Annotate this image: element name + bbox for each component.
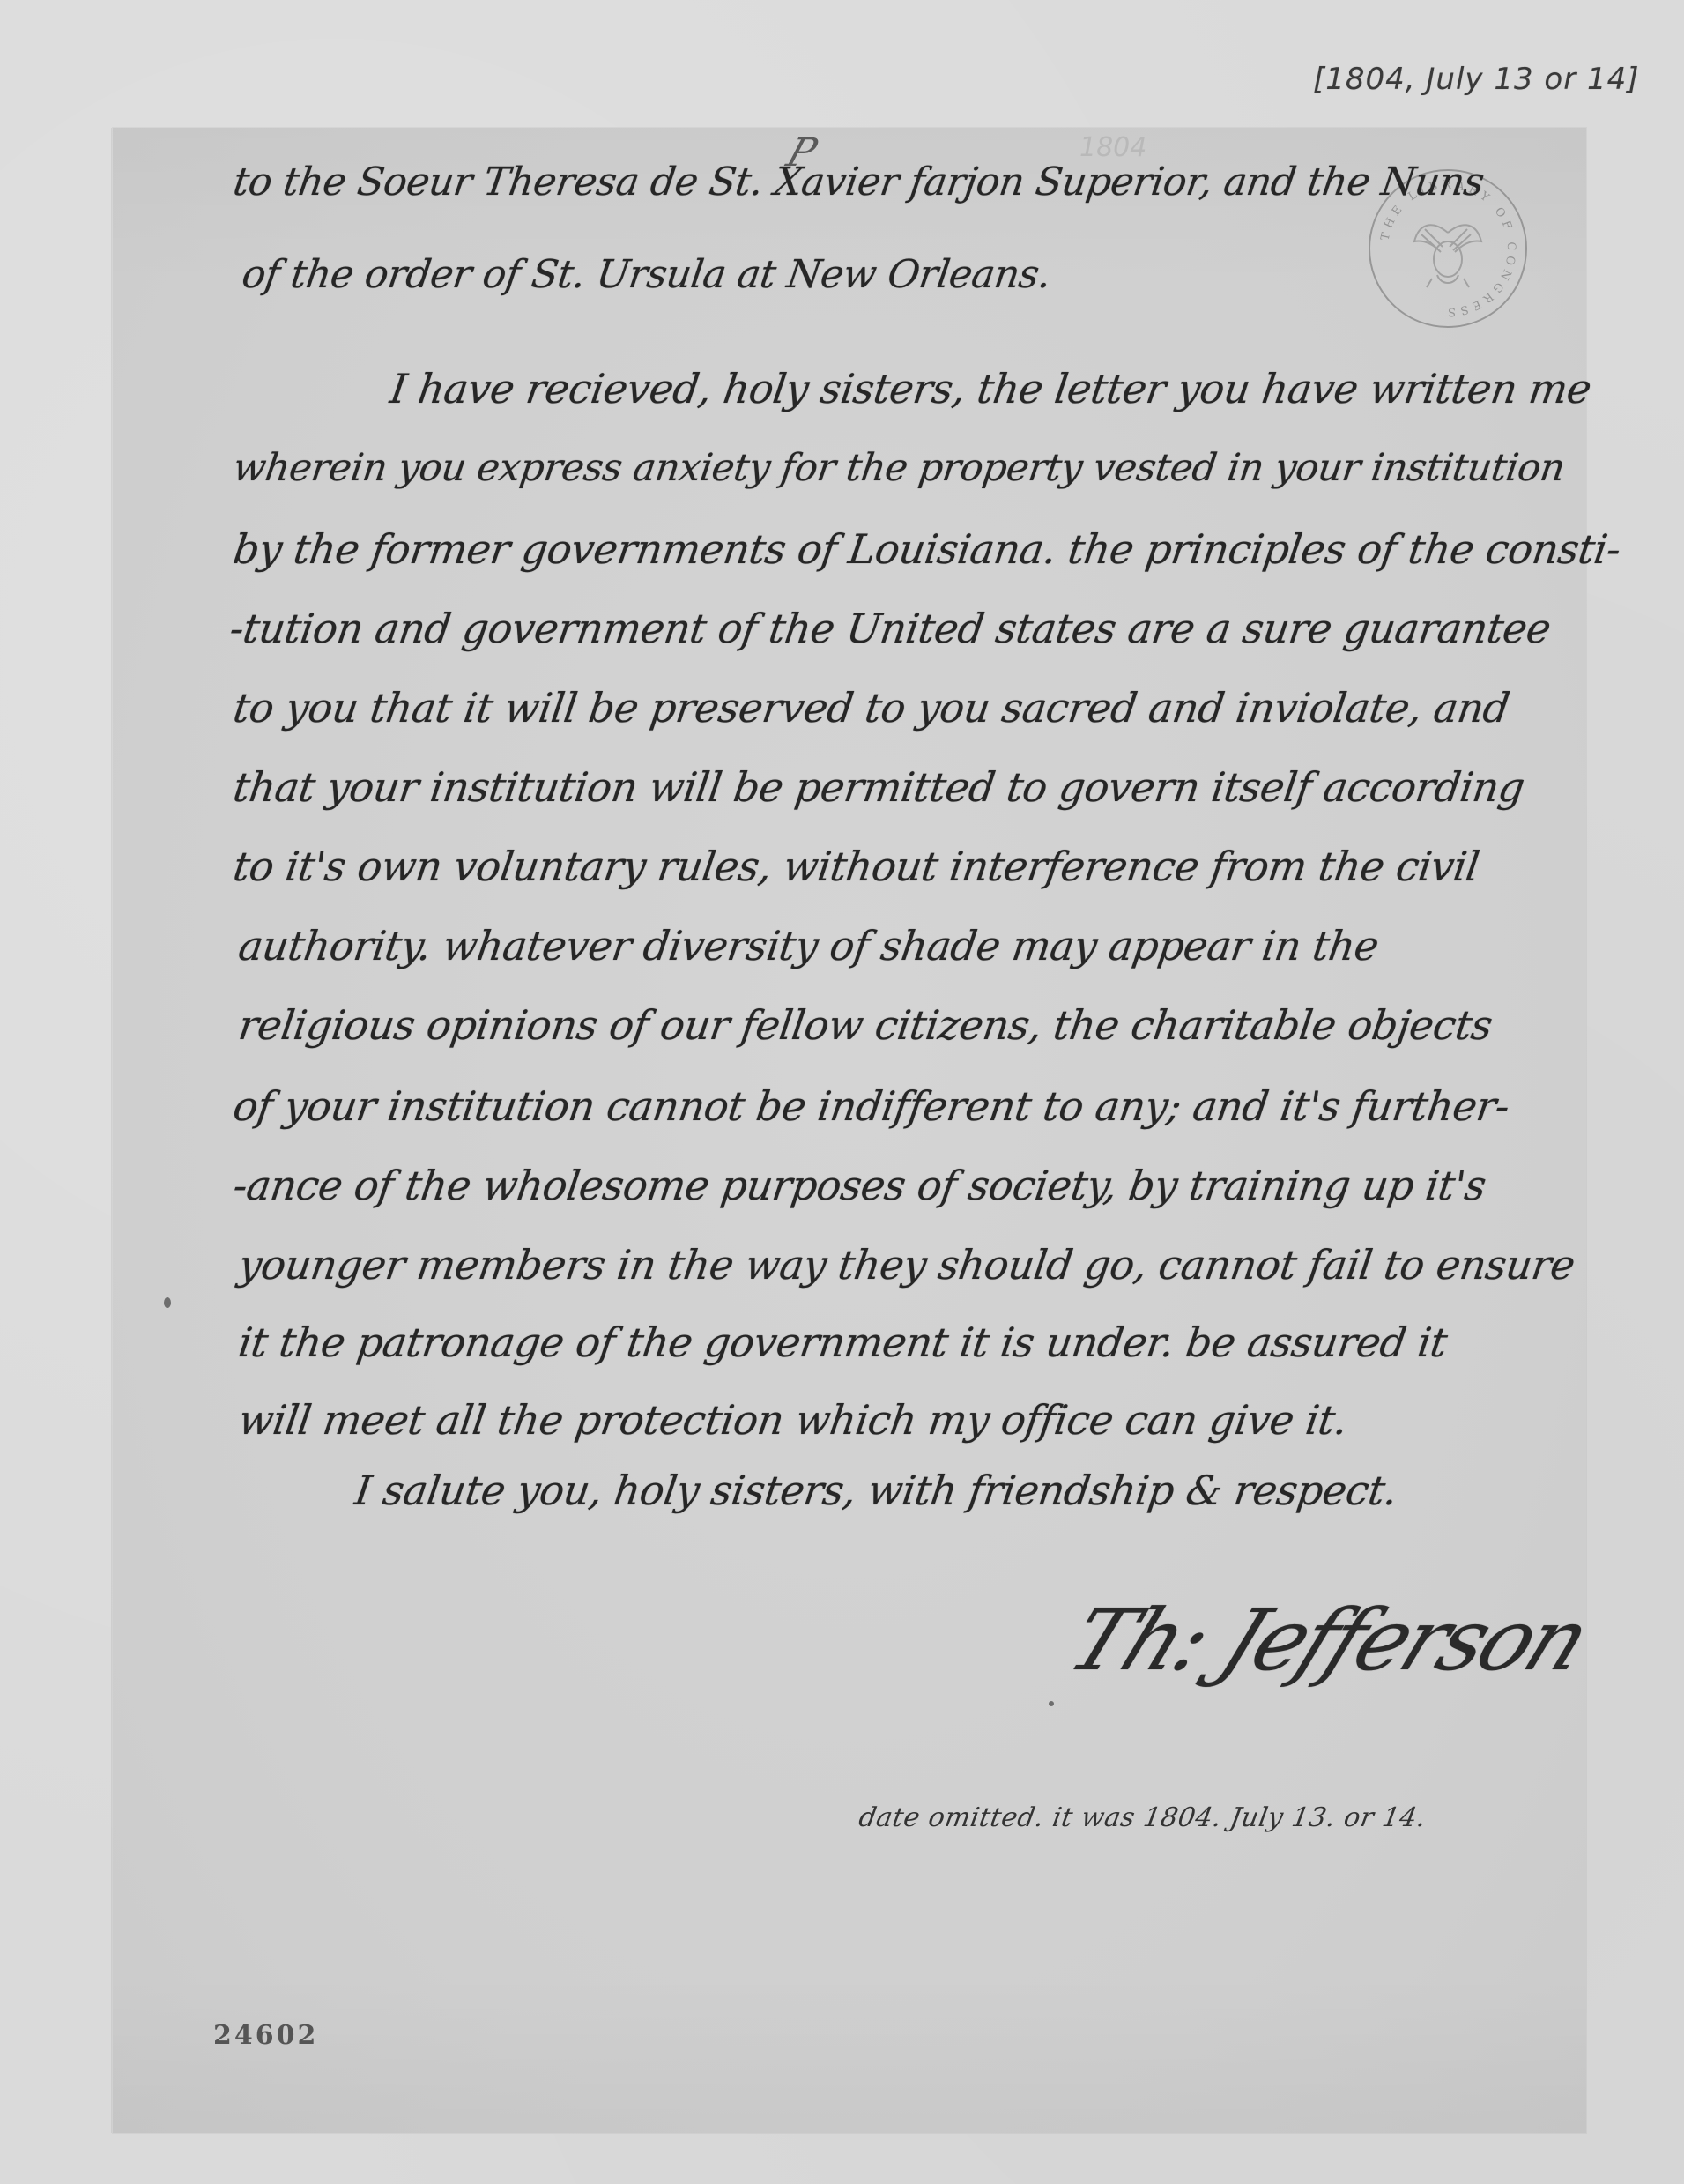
body-line-4: -tution and government of the United sta… (227, 608, 1553, 649)
date-omitted-note: date omitted. it was 1804. July 13. or 1… (857, 1802, 1428, 1833)
address-line-1: to the Soeur Theresa de St. Xavier farjo… (231, 163, 1487, 202)
body-line-8: authority. whatever diversity of shade m… (236, 925, 1381, 966)
body-line-6: that your institution will be permitted … (231, 767, 1527, 807)
sheet-edge-line (111, 128, 112, 2133)
body-line-5: to you that it will be preserved to you … (231, 687, 1512, 728)
body-line-12: younger members in the way they should g… (236, 1244, 1577, 1285)
body-line-10: of your institution cannot be indifferen… (231, 1086, 1512, 1126)
closing-line: I salute you, holy sisters, with friends… (352, 1470, 1399, 1511)
body-line-9: religious opinions of our fellow citizen… (236, 1005, 1495, 1045)
body-line-1: I have recieved, holy sisters, the lette… (388, 368, 1593, 409)
mount-edge-line (11, 128, 11, 2133)
body-line-2: wherein you express anxiety for the prop… (231, 449, 1567, 487)
sheet-edge-line-right (1591, 128, 1591, 2005)
body-line-3: by the former governments of Louisiana. … (231, 529, 1623, 569)
body-line-11: -ance of the wholesome purposes of socie… (231, 1165, 1488, 1206)
ink-speck (1049, 1701, 1054, 1706)
pencil-year-note: 1804 (1079, 132, 1146, 163)
archive-page-number: 24602 (213, 2020, 318, 2051)
ink-speck (164, 1297, 171, 1308)
body-line-13: it the patronage of the government it is… (236, 1322, 1450, 1363)
body-line-7: to it's own voluntary rules, without int… (231, 846, 1481, 887)
signature: Th: Jefferson (1055, 1591, 1601, 1690)
address-line-2: of the order of St. Ursula at New Orlean… (240, 256, 1053, 294)
archival-date-note: [1804, July 13 or 14] (1313, 62, 1640, 97)
body-line-14: will meet all the protection which my of… (236, 1400, 1350, 1440)
